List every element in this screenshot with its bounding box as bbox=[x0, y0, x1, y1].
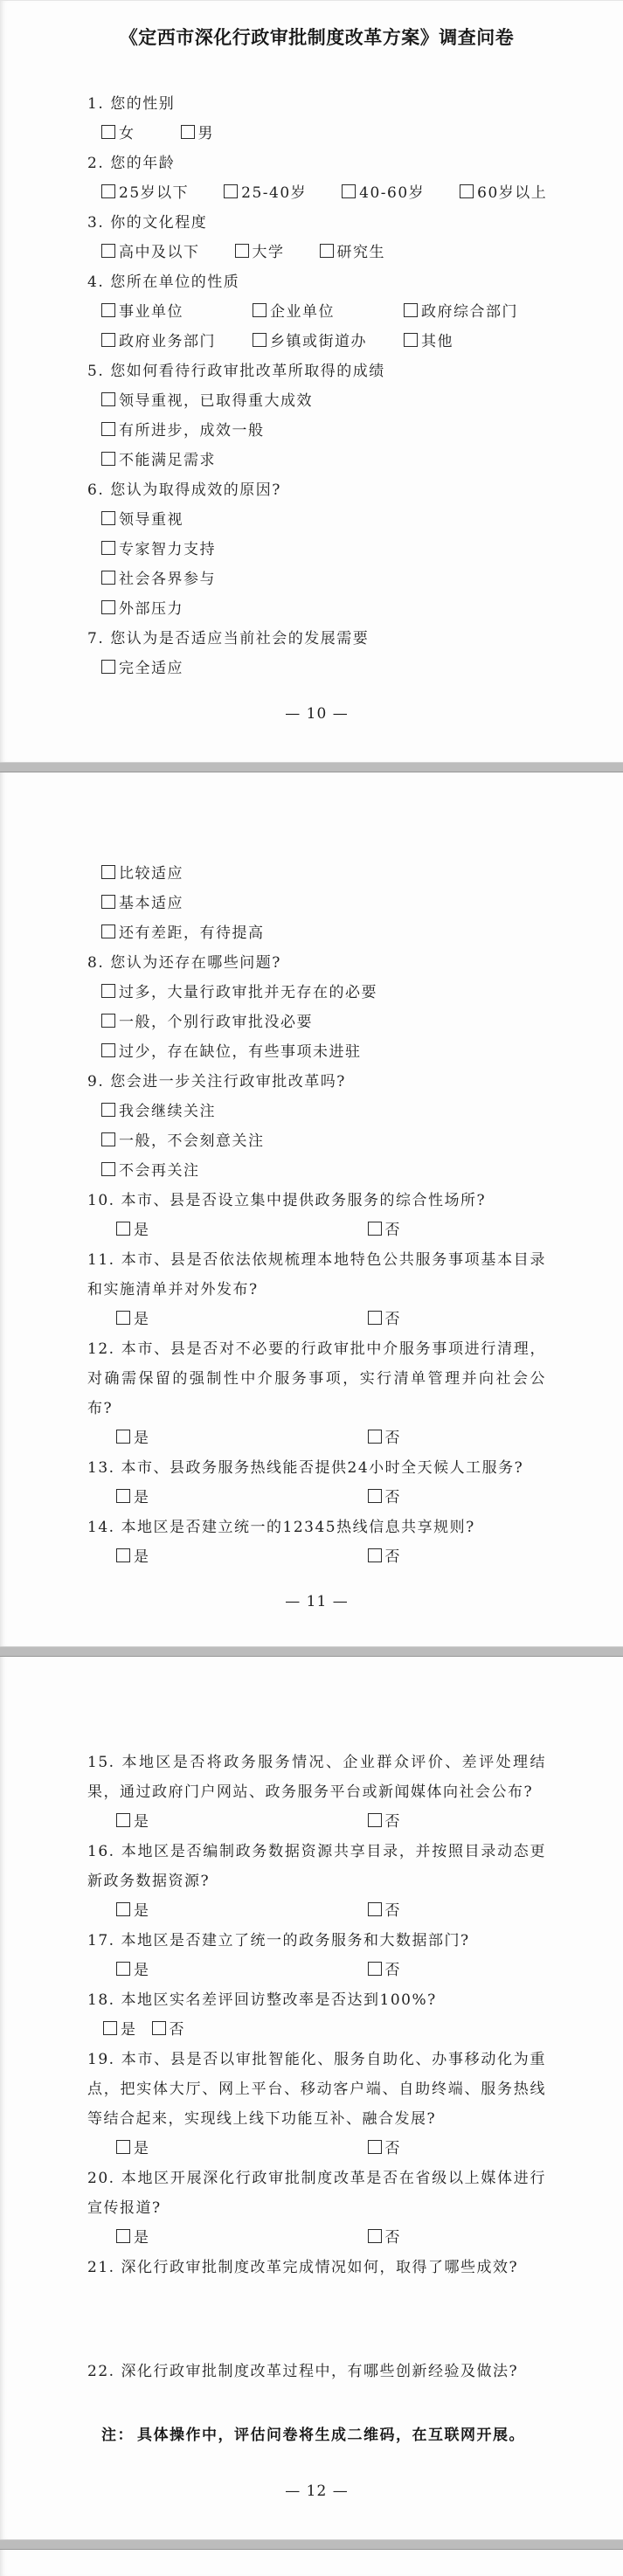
checkbox bbox=[101, 865, 115, 879]
checkbox bbox=[101, 541, 115, 555]
document-title: 《定西市深化行政审批制度改革方案》调查问卷 bbox=[87, 1, 546, 51]
checkbox bbox=[116, 1311, 130, 1325]
option: 25岁以下 bbox=[101, 178, 189, 208]
question-text: 本地区开展深化行政审批制度改革是否在省级以上媒体进行宣传报道? bbox=[87, 2170, 546, 2217]
question-text: 深化行政审批制度改革过程中，有哪些创新经验及做法? bbox=[121, 2363, 519, 2380]
checkbox bbox=[368, 1813, 382, 1827]
option-label: 过少，存在缺位，有些事项未进驻 bbox=[119, 1043, 362, 1061]
option-label: 领导重视，已取得重大成效 bbox=[119, 392, 313, 410]
question-text: 本地区是否建立了统一的政务服务和大数据部门? bbox=[121, 1932, 470, 1949]
checkbox bbox=[368, 1962, 382, 1976]
checkbox bbox=[101, 660, 115, 674]
checkbox bbox=[116, 1430, 130, 1444]
option-label: 否 bbox=[385, 1489, 402, 1506]
question-11-yes-no: 是 否 bbox=[87, 1305, 546, 1334]
option-label: 否 bbox=[385, 1311, 402, 1328]
question-8: 8.您认为还存在哪些问题? bbox=[87, 948, 546, 978]
question-3: 3.你的文化程度 bbox=[87, 208, 546, 238]
question-number: 17. bbox=[87, 1932, 115, 1949]
question-text: 本市、县是否设立集中提供政务服务的综合性场所? bbox=[121, 1192, 487, 1209]
page-number: — 12 — bbox=[87, 2476, 546, 2506]
option: 社会各界参与 bbox=[87, 564, 546, 594]
question-22: 22.深化行政审批制度改革过程中，有哪些创新经验及做法? bbox=[87, 2357, 546, 2386]
option: 企业单位 bbox=[253, 297, 404, 327]
option-label: 是 bbox=[134, 1962, 150, 1979]
question-20-yes-no: 是 否 bbox=[87, 2223, 546, 2253]
option: 一般，不会刻意关注 bbox=[87, 1126, 546, 1156]
question-text: 您认为还存在哪些问题? bbox=[110, 954, 281, 972]
checkbox bbox=[101, 1014, 115, 1028]
option-label: 完全适应 bbox=[119, 660, 183, 677]
option-no: 否 bbox=[368, 1423, 402, 1453]
option: 高中及以下 bbox=[101, 238, 200, 267]
option-label: 25岁以下 bbox=[119, 184, 189, 202]
question-text: 本地区是否将政务服务情况、企业群众评价、差评处理结果，通过政府门户网站、政务服务… bbox=[87, 1754, 546, 1801]
checkbox bbox=[460, 184, 474, 198]
question-13-yes-no: 是 否 bbox=[87, 1483, 546, 1513]
checkbox bbox=[224, 184, 238, 198]
option-label: 是 bbox=[134, 1489, 150, 1506]
option-no: 否 bbox=[368, 1542, 402, 1572]
question-text: 您的年龄 bbox=[110, 155, 175, 172]
question-number: 13. bbox=[87, 1459, 115, 1477]
question-number: 16. bbox=[87, 1843, 115, 1860]
option-label: 男 bbox=[198, 125, 215, 142]
checkbox bbox=[253, 333, 267, 347]
option: 女 bbox=[101, 119, 135, 149]
page-separator bbox=[0, 1646, 623, 1657]
checkbox bbox=[101, 184, 115, 198]
question-text: 您会进一步关注行政审批改革吗? bbox=[110, 1073, 346, 1091]
checkbox bbox=[116, 1222, 130, 1236]
page-separator bbox=[0, 2539, 623, 2550]
option-label: 过多，大量行政审批并无存在的必要 bbox=[119, 984, 377, 1001]
checkbox bbox=[101, 1103, 115, 1117]
checkbox bbox=[101, 984, 115, 998]
option: 过少，存在缺位，有些事项未进驻 bbox=[87, 1037, 546, 1067]
question-18: 18.本地区实名差评回访整改率是否达到100%? bbox=[87, 1985, 546, 2015]
option-label: 是 bbox=[134, 1430, 150, 1447]
question-number: 19. bbox=[87, 2051, 115, 2068]
option-label: 60岁以上 bbox=[477, 184, 547, 202]
scanned-page-11: 比较适应 基本适应 还有差距，有待提高 8.您认为还存在哪些问题? 过多，大量行… bbox=[0, 772, 623, 1646]
option: 政府业务部门 bbox=[101, 327, 253, 357]
question-text: 您如何看待行政审批改革所取得的成绩 bbox=[110, 363, 385, 380]
question-12-yes-no: 是 否 bbox=[87, 1423, 546, 1453]
option: 比较适应 bbox=[87, 859, 546, 889]
checkbox bbox=[101, 303, 115, 317]
option: 不能满足需求 bbox=[87, 446, 546, 475]
checkbox bbox=[101, 1043, 115, 1057]
checkbox bbox=[101, 600, 115, 614]
question-number: 7. bbox=[87, 630, 104, 647]
option: 完全适应 bbox=[87, 654, 546, 683]
option: 事业单位 bbox=[101, 297, 253, 327]
option-label: 是 bbox=[134, 2229, 150, 2247]
option: 男 bbox=[181, 119, 215, 149]
checkbox bbox=[368, 1430, 382, 1444]
question-number: 11. bbox=[87, 1251, 115, 1269]
note-text: 具体操作中，评估问卷将生成二维码，在互联网开展。 bbox=[137, 2427, 525, 2444]
option-label: 是 bbox=[134, 2140, 150, 2157]
option-label: 有所进步，成效一般 bbox=[119, 422, 265, 440]
checkbox bbox=[404, 333, 418, 347]
question-number: 12. bbox=[87, 1340, 115, 1358]
checkbox bbox=[368, 1902, 382, 1916]
question-number: 6. bbox=[87, 481, 104, 499]
question-number: 2. bbox=[87, 155, 104, 172]
question-16-yes-no: 是 否 bbox=[87, 1896, 546, 1926]
question-2-options: 25岁以下 25-40岁 40-60岁 60岁以上 bbox=[87, 178, 546, 208]
question-text: 本地区是否编制政务数据资源共享目录，并按照目录动态更新政务数据资源? bbox=[87, 1843, 546, 1890]
question-20: 20.本地区开展深化行政审批制度改革是否在省级以上媒体进行宣传报道? bbox=[87, 2164, 546, 2223]
question-14: 14.本地区是否建立统一的12345热线信息共享规则? bbox=[87, 1513, 546, 1542]
question-15-yes-no: 是 否 bbox=[87, 1807, 546, 1837]
option-yes: 是 bbox=[116, 1956, 150, 1985]
question-text: 您认为是否适应当前社会的发展需要 bbox=[110, 630, 369, 647]
option-label: 事业单位 bbox=[119, 303, 183, 321]
question-4: 4.您所在单位的性质 bbox=[87, 267, 546, 297]
question-number: 1. bbox=[87, 95, 104, 113]
option-label: 否 bbox=[385, 1222, 402, 1239]
option: 领导重视，已取得重大成效 bbox=[87, 386, 546, 416]
checkbox bbox=[116, 1813, 130, 1827]
checkbox bbox=[101, 1132, 115, 1146]
checkbox bbox=[116, 2229, 130, 2243]
question-4-options-row2: 政府业务部门 乡镇或街道办 其他 bbox=[87, 327, 546, 357]
option-no: 否 bbox=[368, 1896, 402, 1926]
checkbox bbox=[103, 2021, 117, 2035]
checkbox bbox=[101, 392, 115, 406]
option-label: 是 bbox=[134, 1222, 150, 1239]
option-label: 否 bbox=[385, 1548, 402, 1566]
question-11: 11.本市、县是否依法依规梳理本地特色公共服务事项基本目录和实施清单并对外发布? bbox=[87, 1245, 546, 1305]
option-label: 比较适应 bbox=[119, 865, 183, 883]
question-text: 本市、县政务服务热线能否提供24小时全天候人工服务? bbox=[121, 1459, 524, 1477]
option-label: 我会继续关注 bbox=[119, 1103, 216, 1120]
checkbox bbox=[368, 1489, 382, 1503]
checkbox bbox=[253, 303, 267, 317]
checkbox bbox=[235, 244, 249, 258]
question-text: 本地区实名差评回访整改率是否达到100%? bbox=[121, 1991, 437, 2009]
question-number: 9. bbox=[87, 1073, 104, 1091]
option-yes: 是 bbox=[116, 1807, 150, 1837]
note: 注：具体操作中，评估问卷将生成二维码，在互联网开展。 bbox=[87, 2420, 546, 2450]
checkbox bbox=[368, 2140, 382, 2154]
option-no: 否 bbox=[368, 2134, 402, 2164]
question-text: 你的文化程度 bbox=[110, 214, 207, 232]
question-6: 6.您认为取得成效的原因? bbox=[87, 475, 546, 505]
question-19-yes-no: 是 否 bbox=[87, 2134, 546, 2164]
option-label: 领导重视 bbox=[119, 511, 183, 529]
option-label: 大学 bbox=[253, 244, 285, 261]
option: 基本适应 bbox=[87, 889, 546, 918]
option: 一般，个别行政审批没必要 bbox=[87, 1008, 546, 1037]
question-7: 7.您认为是否适应当前社会的发展需要 bbox=[87, 624, 546, 654]
question-number: 10. bbox=[87, 1192, 115, 1209]
scanned-page-12: 15.本地区是否将政务服务情况、企业群众评价、差评处理结果，通过政府门户网站、政… bbox=[0, 1657, 623, 2539]
option: 还有差距，有待提高 bbox=[87, 918, 546, 948]
option-no: 否 bbox=[368, 1305, 402, 1334]
question-number: 15. bbox=[87, 1754, 115, 1771]
option-label: 是 bbox=[134, 1548, 150, 1566]
option-no: 否 bbox=[368, 1807, 402, 1837]
option-label: 是 bbox=[134, 1311, 150, 1328]
option-label: 否 bbox=[385, 1430, 402, 1447]
option-label: 否 bbox=[170, 2021, 186, 2039]
option: 不会再关注 bbox=[87, 1156, 546, 1186]
checkbox bbox=[101, 924, 115, 938]
option-label: 其他 bbox=[421, 333, 453, 350]
option-label: 一般，不会刻意关注 bbox=[119, 1132, 265, 1150]
checkbox bbox=[116, 1962, 130, 1976]
option-label: 是 bbox=[121, 2021, 137, 2039]
question-10-yes-no: 是 否 bbox=[87, 1215, 546, 1245]
checkbox bbox=[101, 422, 115, 436]
question-text: 本地区是否建立统一的12345热线信息共享规则? bbox=[121, 1519, 475, 1536]
checkbox bbox=[116, 1902, 130, 1916]
option: 大学 bbox=[235, 238, 285, 267]
question-text: 深化行政审批制度改革完成情况如何，取得了哪些成效? bbox=[121, 2259, 519, 2276]
question-17-yes-no: 是 否 bbox=[87, 1956, 546, 1985]
option-label: 否 bbox=[385, 1962, 402, 1979]
question-number: 4. bbox=[87, 274, 104, 291]
option-label: 基本适应 bbox=[119, 895, 183, 912]
question-3-options: 高中及以下 大学 研究生 bbox=[87, 238, 546, 267]
option: 研究生 bbox=[320, 238, 386, 267]
question-number: 3. bbox=[87, 214, 104, 232]
option-label: 否 bbox=[385, 1902, 402, 1920]
checkbox bbox=[101, 571, 115, 585]
option-yes: 是 bbox=[116, 1896, 150, 1926]
question-text: 您的性别 bbox=[110, 95, 175, 113]
option-label: 研究生 bbox=[337, 244, 386, 261]
option-yes: 是 bbox=[116, 1215, 150, 1245]
option: 领导重视 bbox=[87, 505, 546, 535]
question-text: 本市、县是否依法依规梳理本地特色公共服务事项基本目录和实施清单并对外发布? bbox=[87, 1251, 546, 1298]
checkbox bbox=[116, 1489, 130, 1503]
checkbox bbox=[152, 2021, 166, 2035]
checkbox bbox=[116, 2140, 130, 2154]
option-label: 不能满足需求 bbox=[119, 452, 216, 469]
note-label: 注： bbox=[101, 2427, 134, 2444]
checkbox bbox=[368, 1222, 382, 1236]
option-label: 专家智力支持 bbox=[119, 541, 216, 558]
question-1-options: 女 男 bbox=[87, 119, 546, 149]
question-text: 您所在单位的性质 bbox=[110, 274, 239, 291]
option-label: 是 bbox=[134, 1902, 150, 1920]
checkbox bbox=[101, 511, 115, 525]
option-label: 否 bbox=[385, 1813, 402, 1831]
question-15: 15.本地区是否将政务服务情况、企业群众评价、差评处理结果，通过政府门户网站、政… bbox=[87, 1748, 546, 1807]
option: 过多，大量行政审批并无存在的必要 bbox=[87, 978, 546, 1008]
option: 其他 bbox=[404, 327, 453, 357]
question-14-yes-no: 是 否 bbox=[87, 1542, 546, 1572]
question-number: 5. bbox=[87, 363, 104, 380]
checkbox bbox=[101, 452, 115, 466]
option-label: 高中及以下 bbox=[119, 244, 200, 261]
option-label: 不会再关注 bbox=[119, 1162, 200, 1180]
option: 60岁以上 bbox=[460, 178, 547, 208]
page-number: — 10 — bbox=[87, 699, 546, 729]
checkbox bbox=[368, 1548, 382, 1562]
page-separator bbox=[0, 762, 623, 772]
question-number: 20. bbox=[87, 2170, 115, 2187]
page-number: — 11 — bbox=[87, 1587, 546, 1617]
question-4-options-row1: 事业单位 企业单位 政府综合部门 bbox=[87, 297, 546, 327]
option-yes: 是 bbox=[116, 2223, 150, 2253]
checkbox bbox=[101, 333, 115, 347]
question-5: 5.您如何看待行政审批改革所取得的成绩 bbox=[87, 357, 546, 386]
question-9: 9.您会进一步关注行政审批改革吗? bbox=[87, 1067, 546, 1097]
question-21: 21.深化行政审批制度改革完成情况如何，取得了哪些成效? bbox=[87, 2253, 546, 2282]
option-label: 否 bbox=[385, 2140, 402, 2157]
question-17: 17.本地区是否建立了统一的政务服务和大数据部门? bbox=[87, 1926, 546, 1956]
question-2: 2.您的年龄 bbox=[87, 149, 546, 178]
option-label: 外部压力 bbox=[119, 600, 183, 618]
question-19: 19.本市、县是否以审批智能化、服务自助化、办事移动化为重点，把实体大厅、网上平… bbox=[87, 2045, 546, 2134]
option-yes: 是 bbox=[116, 1483, 150, 1513]
option-yes: 是 bbox=[103, 2015, 137, 2045]
question-16: 16.本地区是否编制政务数据资源共享目录，并按照目录动态更新政务数据资源? bbox=[87, 1837, 546, 1896]
option-label: 女 bbox=[119, 125, 135, 142]
option-yes: 是 bbox=[116, 1305, 150, 1334]
checkbox bbox=[101, 895, 115, 909]
checkbox bbox=[342, 184, 356, 198]
option-label: 政府综合部门 bbox=[421, 303, 518, 321]
checkbox bbox=[404, 303, 418, 317]
option-label: 40-60岁 bbox=[359, 184, 425, 202]
option: 政府综合部门 bbox=[404, 297, 518, 327]
option-label: 还有差距，有待提高 bbox=[119, 924, 265, 942]
option-label: 乡镇或街道办 bbox=[270, 333, 367, 350]
option-yes: 是 bbox=[116, 1423, 150, 1453]
option-label: 企业单位 bbox=[270, 303, 335, 321]
option-no: 否 bbox=[152, 2015, 186, 2045]
question-number: 14. bbox=[87, 1519, 115, 1536]
option-yes: 是 bbox=[116, 2134, 150, 2164]
question-1: 1.您的性别 bbox=[87, 89, 546, 119]
question-text: 本市、县是否对不必要的行政审批中介服务事项进行清理，对确需保留的强制性中介服务事… bbox=[87, 1340, 546, 1417]
question-10: 10.本市、县是否设立集中提供政务服务的综合性场所? bbox=[87, 1186, 546, 1215]
question-number: 22. bbox=[87, 2363, 115, 2380]
question-12: 12.本市、县是否对不必要的行政审批中介服务事项进行清理，对确需保留的强制性中介… bbox=[87, 1334, 546, 1423]
option: 乡镇或街道办 bbox=[253, 327, 404, 357]
checkbox bbox=[368, 1311, 382, 1325]
option-no: 否 bbox=[368, 1215, 402, 1245]
checkbox bbox=[101, 1162, 115, 1176]
option-no: 否 bbox=[368, 1483, 402, 1513]
option: 有所进步，成效一般 bbox=[87, 416, 546, 446]
option: 外部压力 bbox=[87, 594, 546, 624]
question-13: 13.本市、县政务服务热线能否提供24小时全天候人工服务? bbox=[87, 1453, 546, 1483]
checkbox bbox=[320, 244, 334, 258]
option-label: 25-40岁 bbox=[241, 184, 307, 202]
checkbox bbox=[368, 2229, 382, 2243]
option-yes: 是 bbox=[116, 1542, 150, 1572]
option-no: 否 bbox=[368, 2223, 402, 2253]
question-text: 本市、县是否以审批智能化、服务自助化、办事移动化为重点，把实体大厅、网上平台、移… bbox=[87, 2051, 546, 2128]
option-label: 否 bbox=[385, 2229, 402, 2247]
option-label: 一般，个别行政审批没必要 bbox=[119, 1014, 313, 1031]
question-number: 21. bbox=[87, 2259, 115, 2276]
option: 25-40岁 bbox=[224, 178, 307, 208]
option-label: 社会各界参与 bbox=[119, 571, 216, 588]
checkbox bbox=[116, 1548, 130, 1562]
question-18-yes-no: 是 否 bbox=[87, 2015, 546, 2045]
scanned-page-next-sliver bbox=[0, 2550, 623, 2576]
option-label: 政府业务部门 bbox=[119, 333, 216, 350]
question-number: 8. bbox=[87, 954, 104, 972]
option: 40-60岁 bbox=[342, 178, 425, 208]
option-label: 是 bbox=[134, 1813, 150, 1831]
checkbox bbox=[101, 125, 115, 139]
checkbox bbox=[181, 125, 195, 139]
question-number: 18. bbox=[87, 1991, 115, 2009]
option: 专家智力支持 bbox=[87, 535, 546, 564]
scanned-page-10: 《定西市深化行政审批制度改革方案》调查问卷 1.您的性别 女 男 2.您的年龄 … bbox=[0, 0, 623, 762]
checkbox bbox=[101, 244, 115, 258]
question-text: 您认为取得成效的原因? bbox=[110, 481, 281, 499]
option: 我会继续关注 bbox=[87, 1097, 546, 1126]
option-no: 否 bbox=[368, 1956, 402, 1985]
